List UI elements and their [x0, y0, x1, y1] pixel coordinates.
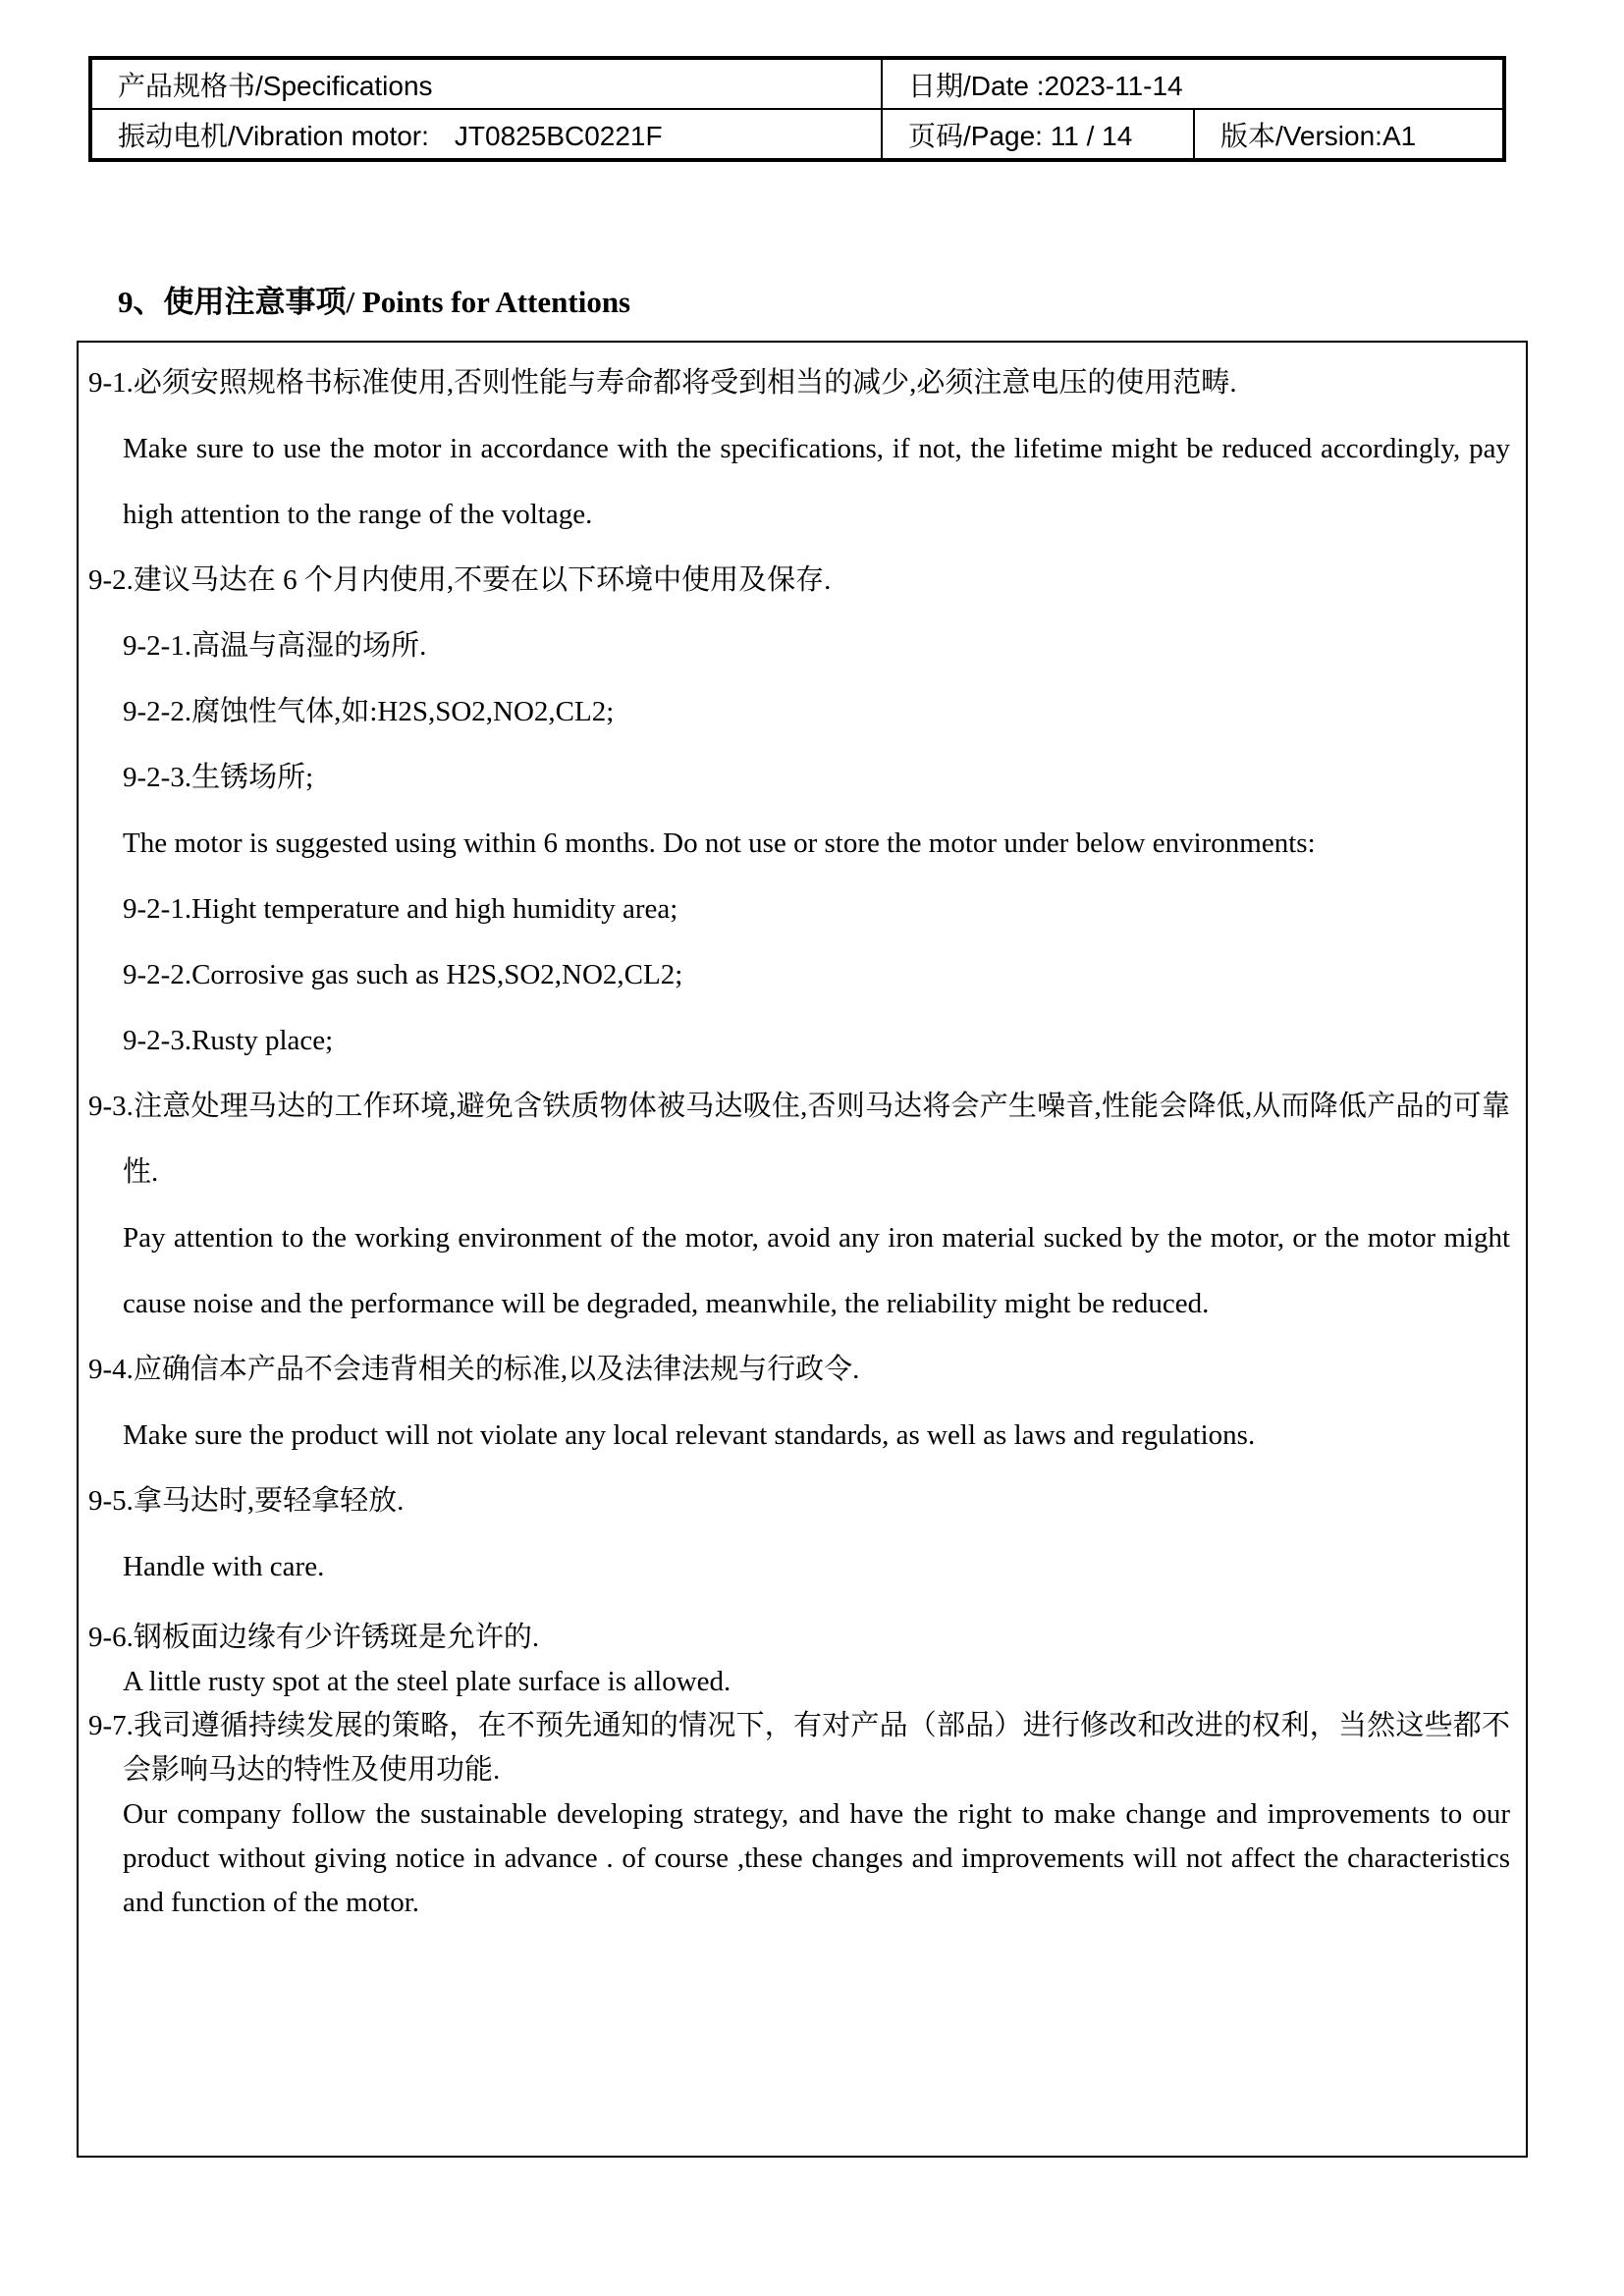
- attention-9-7-cn: 9-7.我司遵循持续发展的策略，在不预先通知的情况下，有对产品（部品）进行修改和…: [88, 1704, 1510, 1792]
- attention-9-2-3-en: 9-2-3.Rusty place;: [88, 1008, 1510, 1074]
- attention-9-1-en: Make sure to use the motor in accordance…: [88, 416, 1510, 548]
- motor-code: JT0825BC0221F: [455, 121, 663, 151]
- page-number: 页码/Page: 11 / 14: [908, 121, 1132, 151]
- header-row-2: 振动电机/Vibration motor:JT0825BC0221F 页码/Pa…: [90, 109, 1504, 160]
- attention-9-1-cn: 9-1.必须安照规格书标准使用,否则性能与寿命都将受到相当的减少,必须注意电压的…: [88, 350, 1510, 416]
- attention-9-2-cn: 9-2.建议马达在 6 个月内使用,不要在以下环境中使用及保存.: [88, 548, 1510, 614]
- motor-label: 振动电机/Vibration motor:: [118, 121, 429, 151]
- header-table: 产品规格书/Specifications 日期/Date :2023-11-14…: [88, 56, 1506, 162]
- attention-9-2-2-cn: 9-2-2.腐蚀性气体,如:H2S,SO2,NO2,CL2;: [88, 679, 1510, 745]
- attention-9-3-en: Pay attention to the working environment…: [88, 1205, 1510, 1337]
- attention-9-4-en: Make sure the product will not violate a…: [88, 1403, 1510, 1468]
- attention-9-2-1-en: 9-2-1.Hight temperature and high humidit…: [88, 877, 1510, 942]
- date-value: 日期/Date :2023-11-14: [908, 71, 1183, 101]
- spec-title: 产品规格书/Specifications: [118, 71, 433, 101]
- attention-9-5-en: Handle with care.: [88, 1534, 1510, 1600]
- header-row-1: 产品规格书/Specifications 日期/Date :2023-11-14: [90, 58, 1504, 109]
- version-value: 版本/Version:A1: [1220, 121, 1416, 151]
- spec-title-cell: 产品规格书/Specifications: [90, 58, 882, 109]
- date-cell: 日期/Date :2023-11-14: [882, 58, 1504, 109]
- attentions-box: 9-1.必须安照规格书标准使用,否则性能与寿命都将受到相当的减少,必须注意电压的…: [77, 341, 1528, 2158]
- section-title: 9、使用注意事项/ Points for Attentions: [118, 277, 630, 321]
- page-cell: 页码/Page: 11 / 14: [882, 109, 1194, 160]
- attention-9-2-2-en: 9-2-2.Corrosive gas such as H2S,SO2,NO2,…: [88, 942, 1510, 1008]
- document-page: 产品规格书/Specifications 日期/Date :2023-11-14…: [0, 0, 1624, 2296]
- version-cell: 版本/Version:A1: [1194, 109, 1504, 160]
- attention-9-2-1-cn: 9-2-1.高温与高湿的场所.: [88, 614, 1510, 679]
- motor-cell: 振动电机/Vibration motor:JT0825BC0221F: [90, 109, 882, 160]
- attention-9-7-en: Our company follow the sustainable devel…: [88, 1792, 1510, 1925]
- attention-9-3-cn: 9-3.注意处理马达的工作环境,避免含铁质物体被马达吸住,否则马达将会产生噪音,…: [88, 1074, 1510, 1205]
- attention-9-2-en: The motor is suggested using within 6 mo…: [88, 811, 1510, 877]
- attention-9-6-en: A little rusty spot at the steel plate s…: [88, 1660, 1510, 1704]
- attention-9-4-cn: 9-4.应确信本产品不会违背相关的标准,以及法律法规与行政令.: [88, 1337, 1510, 1403]
- attention-9-5-cn: 9-5.拿马达时,要轻拿轻放.: [88, 1468, 1510, 1534]
- attention-9-2-3-cn: 9-2-3.生锈场所;: [88, 745, 1510, 811]
- attention-9-6-cn: 9-6.钢板面边缘有少许锈斑是允许的.: [88, 1616, 1510, 1660]
